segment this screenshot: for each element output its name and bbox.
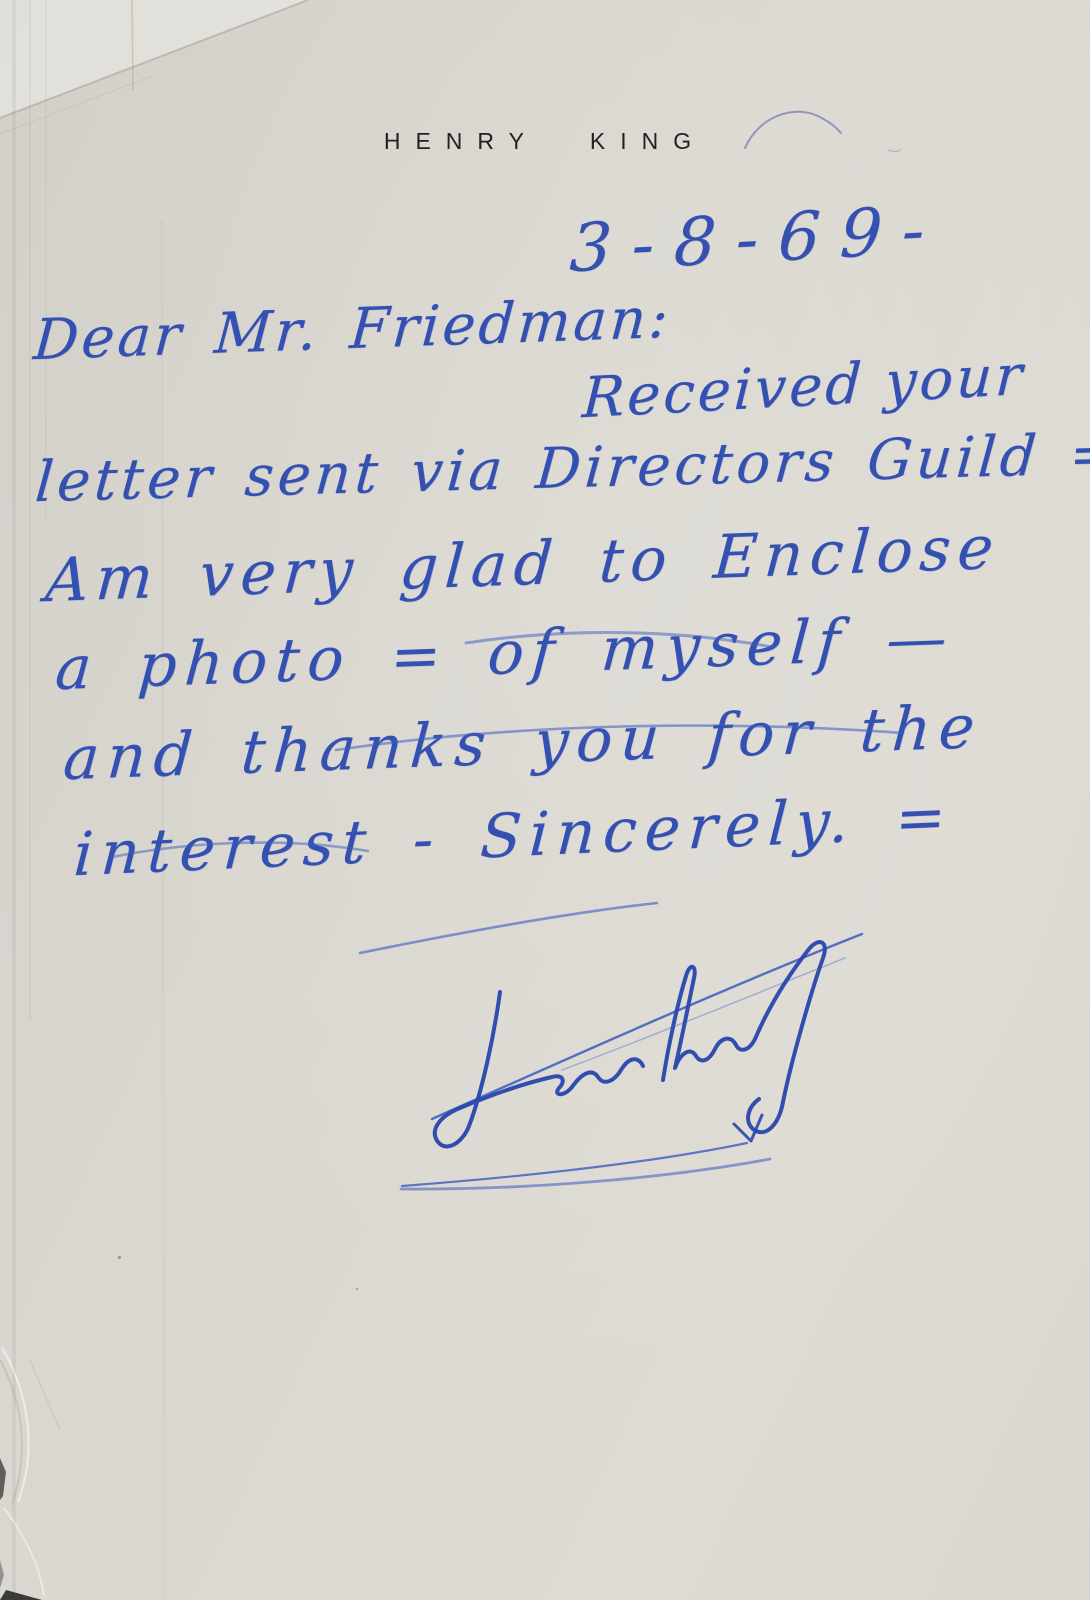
- crumple-shadow: [0, 1360, 22, 1505]
- handwriting-line: a photo = of myself —: [53, 603, 957, 705]
- signature-stroke: [435, 992, 643, 1146]
- top-crease-mark: [132, 0, 133, 90]
- corner-tear-dark: [0, 1590, 42, 1600]
- signature-underline: [401, 1159, 770, 1189]
- handwriting-line: Am very glad to Enclose: [43, 513, 1002, 617]
- edge-tear-dark: [0, 1458, 6, 1500]
- corner-fold-crease: [0, 0, 308, 118]
- crumple-highlight: [4, 1508, 44, 1596]
- signature: [401, 934, 862, 1189]
- letterhead-name: HENRY KING: [0, 128, 1090, 155]
- crumple-shadow: [30, 1360, 60, 1430]
- corner-fold-crease-faint: [0, 76, 152, 134]
- letter-page: HENRY KING 3-8-69- Dear Mr. Friedman: Re…: [0, 0, 1090, 1600]
- paper-speck: [118, 1256, 121, 1259]
- handwriting-line: Received your: [581, 343, 1027, 431]
- signature-underline: [402, 1143, 747, 1186]
- signature-cross-stroke-faint: [562, 958, 845, 1070]
- edge-tear-dark: [0, 1560, 4, 1588]
- crumple-highlight: [2, 1348, 29, 1502]
- paper-speck: [356, 1288, 358, 1290]
- signature-cross-stroke: [432, 934, 862, 1119]
- date-line: 3-8-69-: [568, 190, 946, 287]
- handwriting-line: letter sent via Directors Guild =: [33, 422, 1090, 516]
- handwriting-line: and thanks you for the: [61, 692, 985, 794]
- signature-arrow-tick: [734, 1115, 762, 1141]
- pen-flourish: [360, 903, 657, 953]
- signature-stroke: [663, 942, 825, 1132]
- handwriting-line: interest - Sincerely. =: [72, 782, 956, 891]
- paper-grain-line: [162, 220, 164, 1600]
- salutation-line: Dear Mr. Friedman:: [31, 286, 673, 373]
- corner-fold-highlight: [0, 0, 308, 118]
